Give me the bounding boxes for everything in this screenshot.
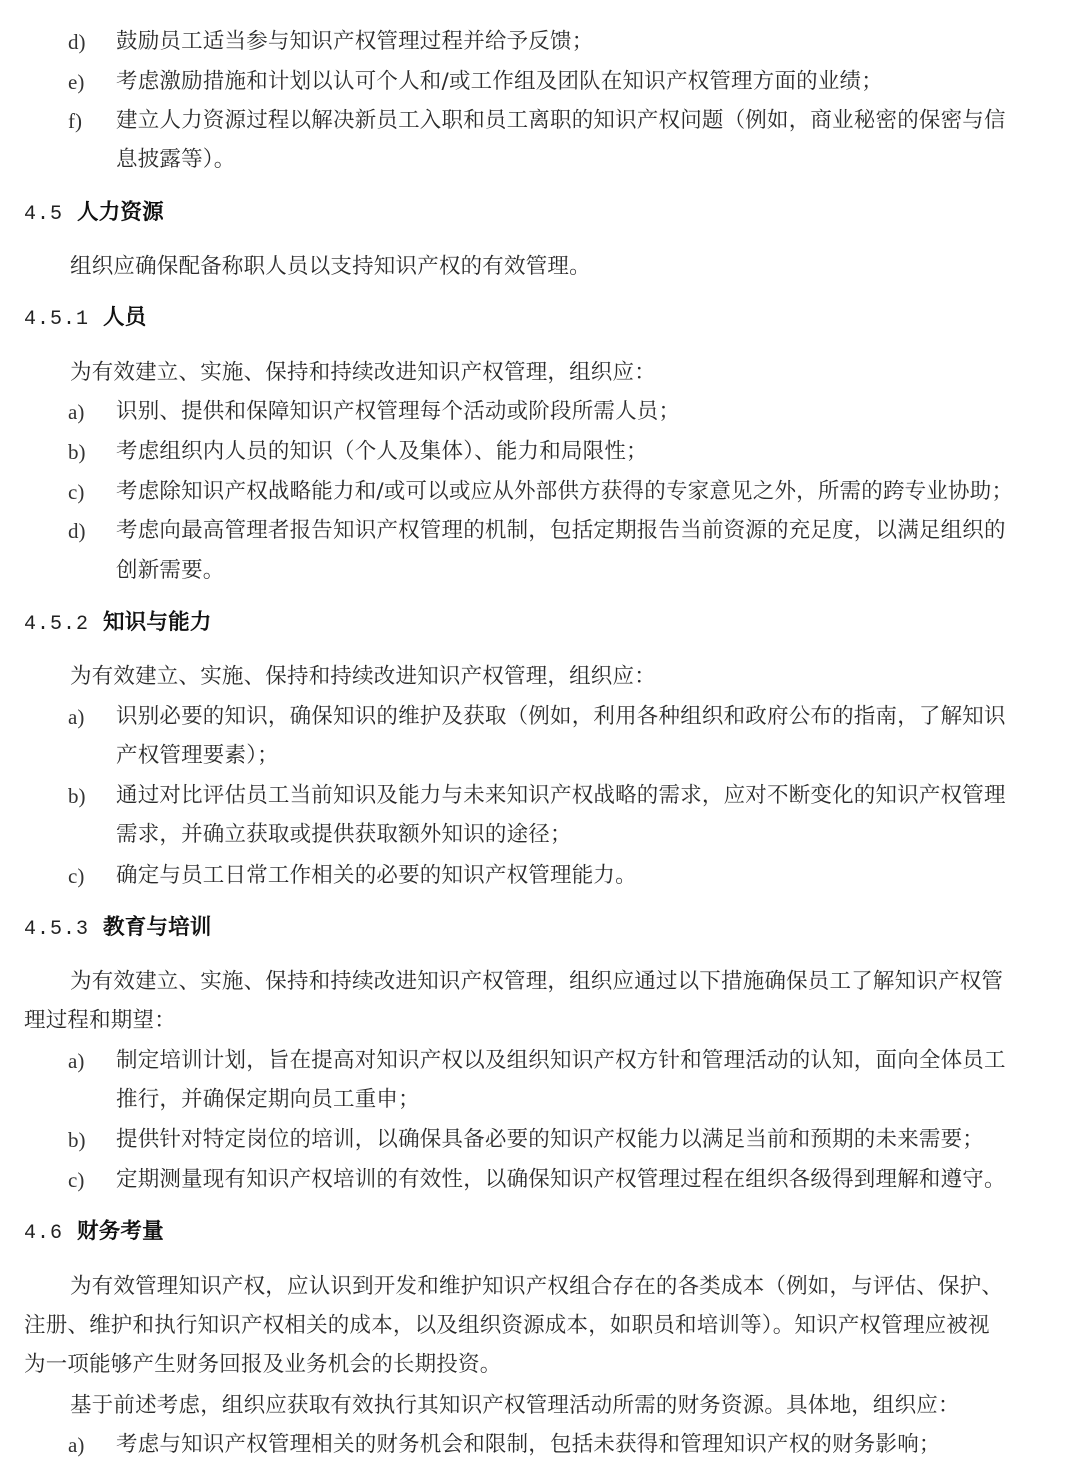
list-item-text: 识别、提供和保障知识产权管理每个活动或阶段所需人员； (116, 398, 680, 426)
list-item-label: a) (68, 1047, 84, 1075)
list-item-text: 定期测量现有知识产权培训的有效性，以确保知识产权管理过程在组织各级得到理解和遵守… (116, 1166, 1006, 1194)
paragraph-continuation: 为一项能够产生财务回报及业务机会的长期投资。 (24, 1351, 501, 1379)
list-item-text: 通过对比评估员工当前知识及能力与未来知识产权战略的需求，应对不断变化的知识产权管… (116, 782, 1006, 810)
paragraph-line: 为有效管理知识产权，应认识到开发和维护知识产权组合存在的各类成本（例如，与评估、… (70, 1273, 1003, 1301)
list-item-text: 识别必要的知识，确保知识的维护及获取（例如，利用各种组织和政府公布的指南，了解知… (116, 703, 1006, 731)
list-item-continuation: 推行，并确保定期向员工重申； (116, 1086, 420, 1114)
list-item-continuation: 创新需要。 (116, 557, 225, 585)
list-item-label: d) (68, 28, 86, 56)
paragraph-line: 为有效建立、实施、保持和持续改进知识产权管理，组织应通过以下措施确保员工了解知识… (70, 968, 1003, 996)
section-number: 4.6 (24, 1222, 63, 1245)
list-item-text: 提供针对特定岗位的培训，以确保具备必要的知识产权能力以满足当前和预期的未来需要； (116, 1126, 984, 1154)
list-item-label: e) (68, 68, 84, 96)
list-item-text: 制定培训计划，旨在提高对知识产权以及组织知识产权方针和管理活动的认知，面向全体员… (116, 1047, 1006, 1075)
list-item-label: c) (68, 862, 84, 890)
section-number: 4.5.1 (24, 308, 89, 331)
paragraph-continuation: 理过程和期望： (24, 1007, 176, 1035)
list-item-label: a) (68, 1431, 84, 1459)
section-heading: 4.5.2知识与能力 (24, 609, 212, 639)
section-title: 人力资源 (77, 200, 164, 225)
list-item-text: 考虑向最高管理者报告知识产权管理的机制，包括定期报告当前资源的充足度，以满足组织… (116, 517, 1006, 545)
list-item-text: 考虑激励措施和计划以认可个人和/或工作组及团队在知识产权管理方面的业绩； (116, 68, 883, 96)
section-title: 知识与能力 (103, 610, 212, 635)
list-item-label: b) (68, 438, 86, 466)
section-heading: 4.5.1人员 (24, 304, 146, 334)
list-item-label: c) (68, 478, 84, 506)
section-heading: 4.5.3教育与培训 (24, 914, 212, 944)
section-title: 人员 (103, 305, 146, 330)
section-number: 4.5.3 (24, 918, 89, 941)
section-number: 4.5.2 (24, 613, 89, 636)
paragraph-line: 为有效建立、实施、保持和持续改进知识产权管理，组织应： (70, 663, 656, 691)
list-item-label: d) (68, 517, 86, 545)
paragraph-line: 组织应确保配备称职人员以支持知识产权的有效管理。 (70, 253, 591, 281)
list-item-label: b) (68, 782, 86, 810)
section-heading: 4.5人力资源 (24, 199, 164, 229)
section-number: 4.5 (24, 203, 63, 226)
list-item-text: 鼓励员工适当参与知识产权管理过程并给予反馈； (116, 28, 593, 56)
list-item-label: a) (68, 398, 84, 426)
list-item-label: f) (68, 107, 82, 135)
list-item-continuation: 息披露等）。 (116, 146, 235, 174)
list-item-continuation: 产权管理要素）； (116, 742, 279, 770)
list-item-continuation: 需求，并确立获取或提供获取额外知识的途径； (116, 821, 572, 849)
section-title: 财务考量 (77, 1219, 164, 1244)
list-item-text: 考虑组织内人员的知识（个人及集体）、能力和局限性； (116, 438, 648, 466)
paragraph-line: 为有效建立、实施、保持和持续改进知识产权管理，组织应： (70, 359, 656, 387)
list-item-label: b) (68, 1126, 86, 1154)
list-item-label: c) (68, 1166, 84, 1194)
list-item-text: 考虑与知识产权管理相关的财务机会和限制，包括未获得和管理知识产权的财务影响； (116, 1431, 941, 1459)
list-item-text: 考虑除知识产权战略能力和/或可以或应从外部供方获得的专家意见之外，所需的跨专业协… (116, 478, 1013, 506)
section-heading: 4.6财务考量 (24, 1218, 164, 1248)
list-item-text: 确定与员工日常工作相关的必要的知识产权管理能力。 (116, 862, 637, 890)
paragraph-continuation: 注册、维护和执行知识产权相关的成本，以及组织资源成本，如职员和培训等）。知识产权… (24, 1312, 990, 1340)
list-item-label: a) (68, 703, 84, 731)
list-item-text: 建立人力资源过程以解决新员工入职和员工离职的知识产权问题（例如，商业秘密的保密与… (116, 107, 1006, 135)
paragraph-line: 基于前述考虑，组织应获取有效执行其知识产权管理活动所需的财务资源。具体地，组织应… (70, 1392, 960, 1420)
section-title: 教育与培训 (103, 915, 212, 940)
